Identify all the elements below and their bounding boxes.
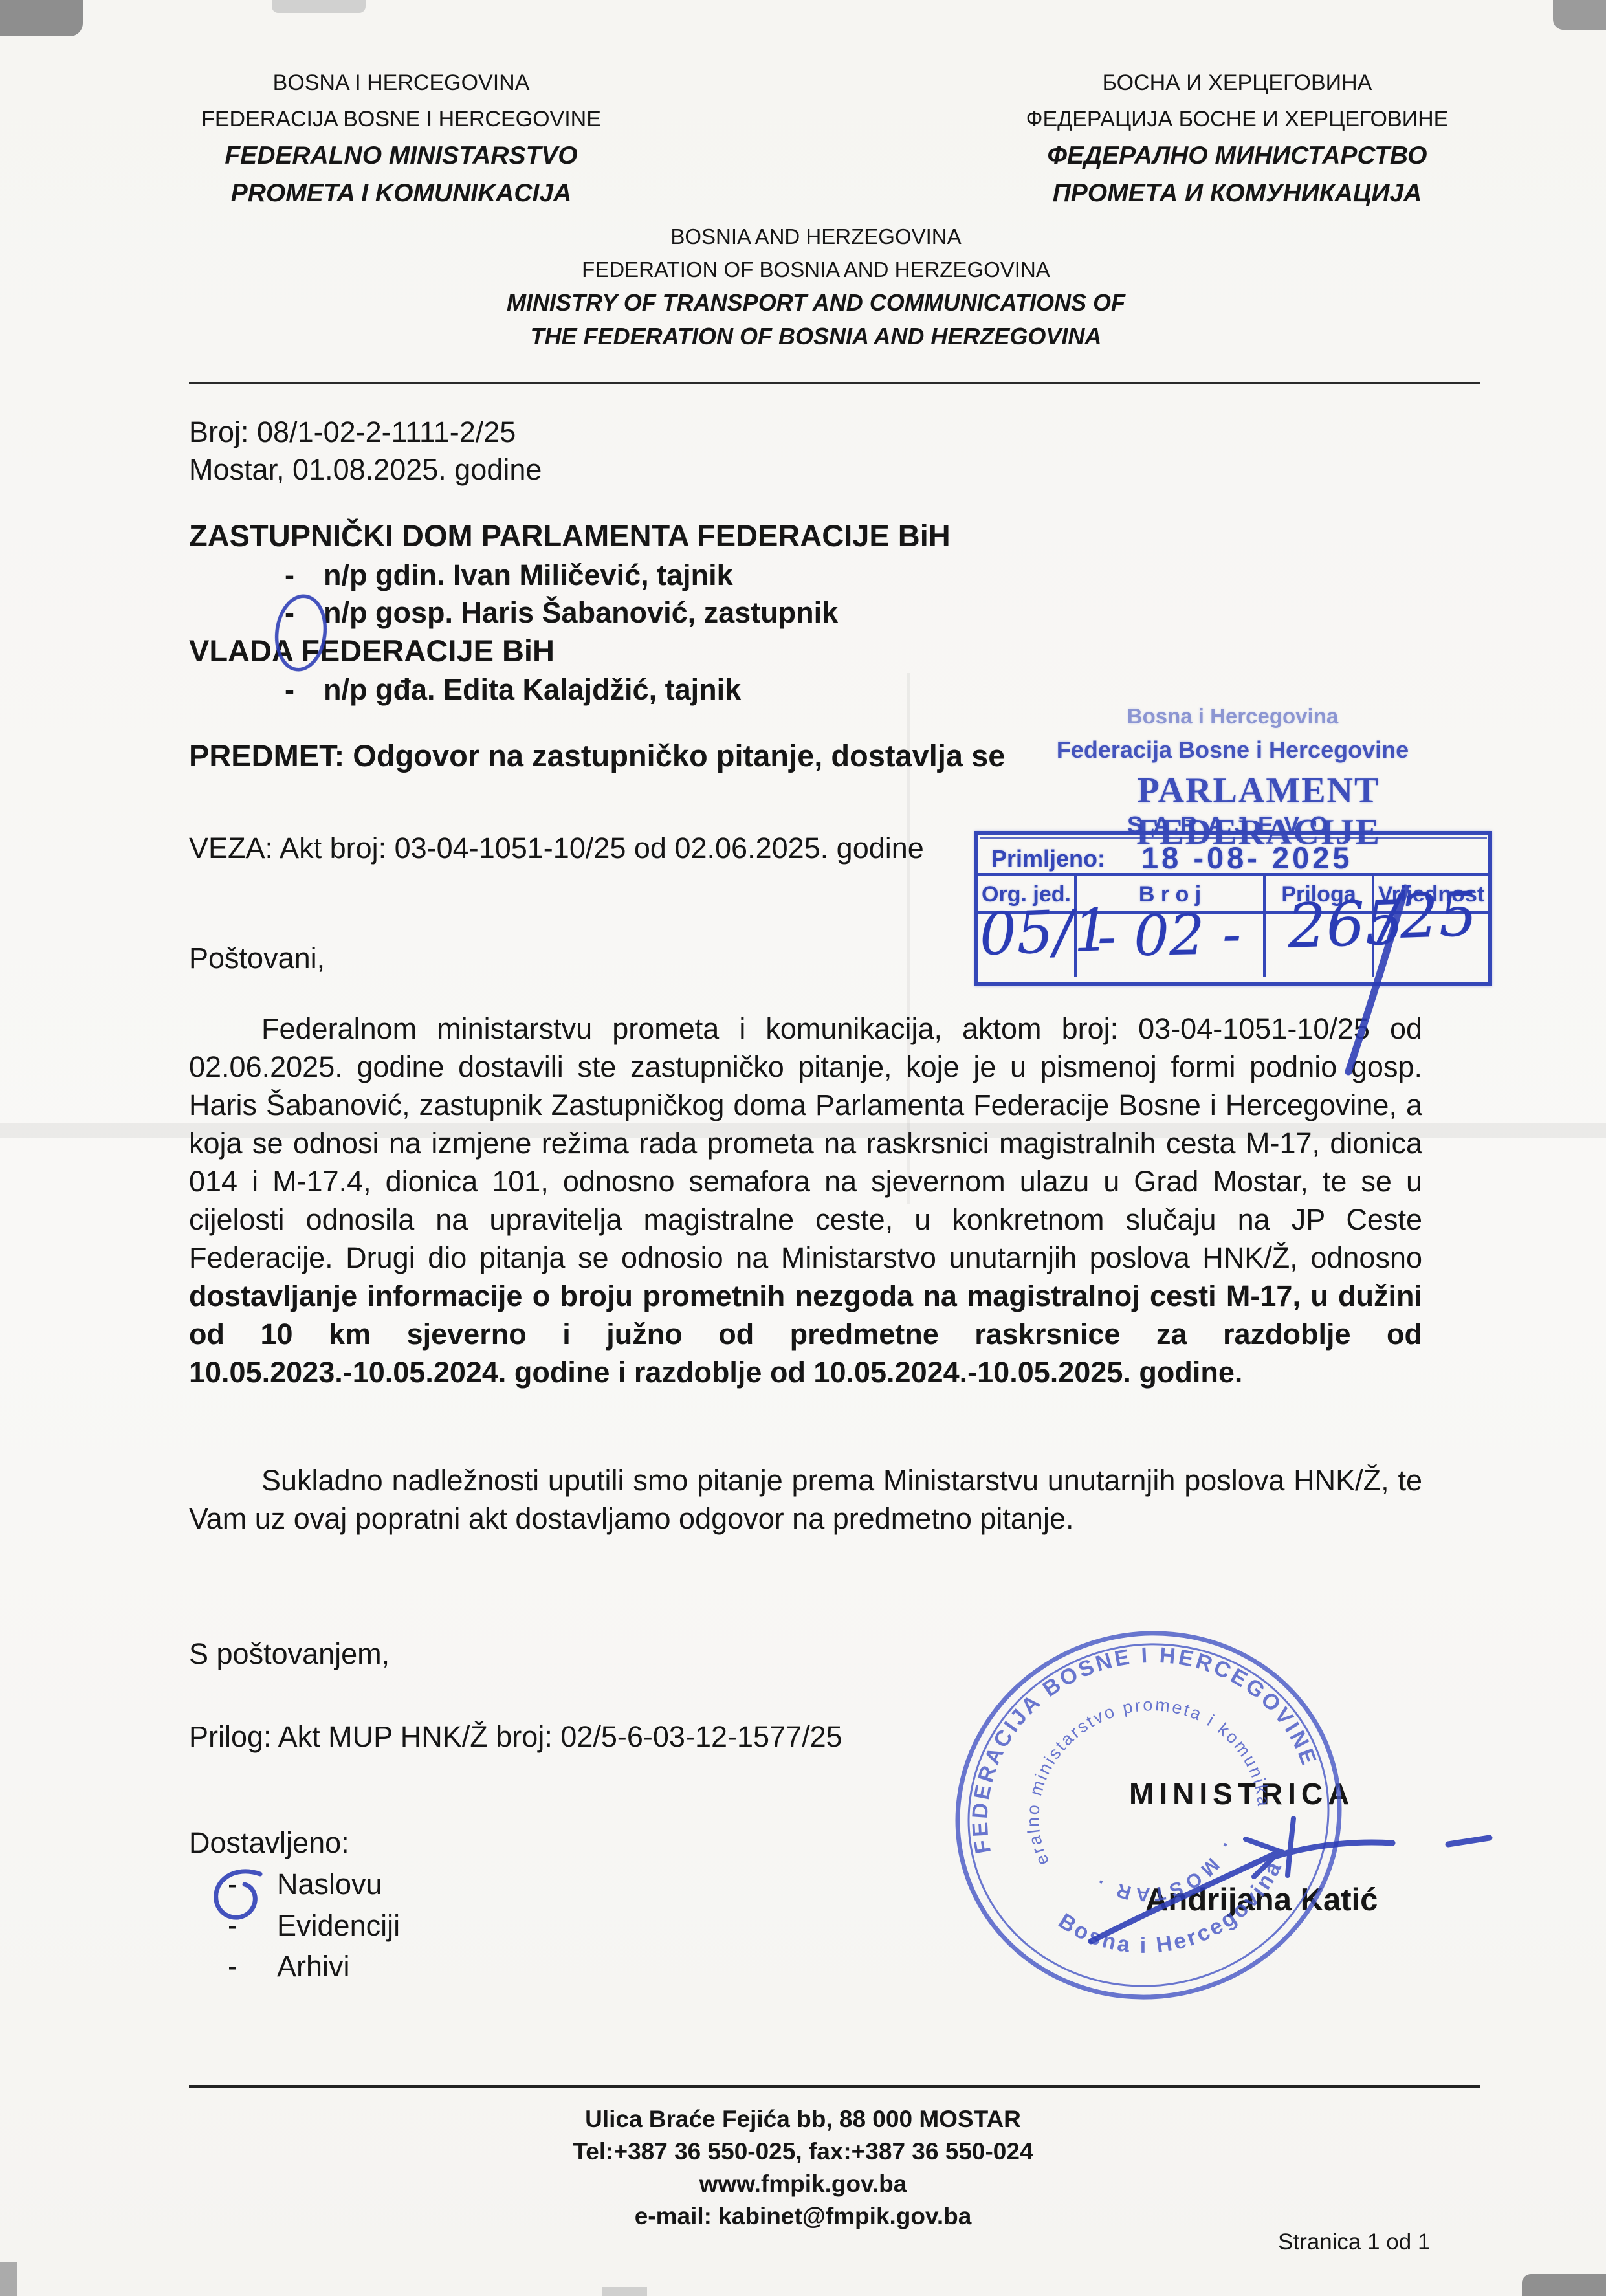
page-number: Stranica 1 od 1 — [1278, 2229, 1430, 2255]
body-paragraph: Sukladno nadležnosti uputili smo pitanje… — [189, 1461, 1422, 1538]
letterhead-line: BOSNIA AND HERZEGOVINA — [467, 220, 1165, 253]
letterhead-line: ФЕДЕРАЛНО МИНИСТАРСТВО — [978, 137, 1496, 175]
footer-divider — [189, 2085, 1480, 2088]
letterhead-line: PROMETA I KOMUNIKACIJA — [175, 175, 628, 212]
letterhead-line: ФЕДЕРАЦИЈА БОСНЕ И ХЕРЦЕГОВИНЕ — [978, 101, 1496, 137]
salutation: Poštovani, — [189, 942, 325, 975]
list-dash: - — [285, 673, 294, 707]
footer-address-block: Ulica Braće Fejića bb, 88 000 MOSTAR Tel… — [453, 2103, 1153, 2233]
received-stamp-federation: Federacija Bosne i Hercegovine — [1006, 736, 1459, 764]
scan-corner-artifact — [1553, 0, 1606, 30]
received-label: Primljeno: — [991, 845, 1105, 872]
reference-line: VEZA: Akt broj: 03-04-1051-10/25 od 02.0… — [189, 832, 924, 865]
received-row: Primljeno: 18 -08- 2025 — [978, 835, 1488, 876]
scan-edge-artifact — [602, 2287, 647, 2296]
signature-ink — [1448, 1838, 1490, 1844]
subject-line: PREDMET: Odgovor na zastupničko pitanje,… — [189, 738, 1005, 773]
place-and-date: Mostar, 01.08.2025. godine — [189, 453, 542, 487]
recipient-person: n/p gosp. Haris Šabanović, zastupnik — [324, 596, 838, 630]
seal-ring-bottom-text: Bosna i Hercegovina — [1050, 1851, 1302, 1984]
handwritten-number: - 02 - — [1097, 902, 1242, 969]
closing-regards: S poštovanjem, — [189, 1637, 390, 1671]
list-dash: - — [285, 558, 294, 592]
footer-line: www.fmpik.gov.ba — [453, 2168, 1153, 2200]
handwritten-org-unit: 05/1 — [978, 896, 1112, 969]
letterhead-line: THE FEDERATION OF BOSNIA AND HERZEGOVINA — [467, 320, 1165, 353]
letterhead-bosnian: BOSNA I HERCEGOVINA FEDERACIJA BOSNE I H… — [175, 65, 628, 212]
distribution-item: Evidenciji — [277, 1909, 400, 1943]
body-paragraph: Federalnom ministarstvu prometa i komuni… — [189, 1010, 1422, 1391]
distribution-item: Arhivi — [277, 1950, 350, 1983]
received-stamp-country: Bosna i Hercegovina — [1006, 704, 1459, 729]
header-divider — [189, 382, 1480, 384]
scan-corner-artifact — [0, 2262, 17, 2296]
paragraph-text-bold: dostavljanje informacije o broju prometn… — [189, 1279, 1422, 1389]
recipient-person: n/p gđa. Edita Kalajdžić, tajnik — [324, 673, 741, 707]
scan-edge-artifact — [272, 0, 366, 13]
distribution-title: Dostavljeno: — [189, 1826, 349, 1860]
scan-corner-artifact — [1522, 2274, 1606, 2296]
seal-city-text: · MOSTAR · — [1085, 1833, 1245, 1921]
footer-line: e-mail: kabinet@fmpik.gov.ba — [453, 2200, 1153, 2233]
letterhead-line: MINISTRY OF TRANSPORT AND COMMUNICATIONS… — [467, 286, 1165, 320]
list-dash: - — [228, 1950, 237, 1983]
svg-text:FEDERACIJA BOSNE I HERCEGOVINE: FEDERACIJA BOSNE I HERCEGOVINE — [941, 1621, 1323, 1858]
list-dash: - — [228, 1909, 237, 1943]
footer-line: Tel:+387 36 550-025, fax:+387 36 550-024 — [453, 2136, 1153, 2168]
list-dash: - — [228, 1868, 237, 1901]
attachment-line: Prilog: Akt MUP HNK/Ž broj: 02/5-6-03-12… — [189, 1720, 842, 1754]
letterhead-line: FEDERATION OF BOSNIA AND HERZEGOVINA — [467, 253, 1165, 286]
svg-text:Bosna i Hercegovina: Bosna i Hercegovina — [1050, 1851, 1302, 1984]
received-date: 18 -08- 2025 — [1141, 840, 1353, 876]
letterhead-cyrillic: БОСНА И ХЕРЦЕГОВИНА ФЕДЕРАЦИЈА БОСНЕ И Х… — [978, 65, 1496, 212]
letterhead-english: BOSNIA AND HERZEGOVINA FEDERATION OF BOS… — [467, 220, 1165, 353]
footer-line: Ulica Braće Fejića bb, 88 000 MOSTAR — [453, 2103, 1153, 2136]
document-number: Broj: 08/1-02-2-1111-2/25 — [189, 415, 516, 449]
letterhead-line: FEDERACIJA BOSNE I HERCEGOVINE — [175, 101, 628, 137]
letterhead-line: БОСНА И ХЕРЦЕГОВИНА — [978, 65, 1496, 101]
letterhead-line: ПРОМЕТА И КОМУНИКАЦИЈА — [978, 175, 1496, 212]
recipient-org: VLADA FEDERACIJE BiH — [189, 633, 555, 668]
list-dash: - — [285, 596, 294, 630]
handwritten-value: /25 — [1378, 879, 1479, 953]
recipient-person: n/p gdin. Ivan Miličević, tajnik — [324, 558, 733, 592]
svg-text:· MOSTAR ·: · MOSTAR · — [1085, 1833, 1245, 1921]
letterhead-line: BOSNA I HERCEGOVINA — [175, 65, 628, 101]
recipient-org: ZASTUPNIČKI DOM PARLAMENTA FEDERACIJE Bi… — [189, 518, 951, 553]
scanned-letter-page: BOSNA I HERCEGOVINA FEDERACIJA BOSNE I H… — [0, 0, 1606, 2296]
paragraph-text: Federalnom ministarstvu prometa i komuni… — [189, 1012, 1422, 1274]
seal-ring-top-text: FEDERACIJA BOSNE I HERCEGOVINE — [941, 1621, 1323, 1858]
checkmark-ink — [216, 1871, 260, 1917]
scan-corner-artifact — [0, 0, 83, 36]
letterhead-line: FEDERALNO MINISTARSTVO — [175, 137, 628, 175]
distribution-item: Naslovu — [277, 1868, 382, 1901]
round-seal: FEDERACIJA BOSNE I HERCEGOVINE Bosna i H… — [941, 1621, 1356, 2026]
